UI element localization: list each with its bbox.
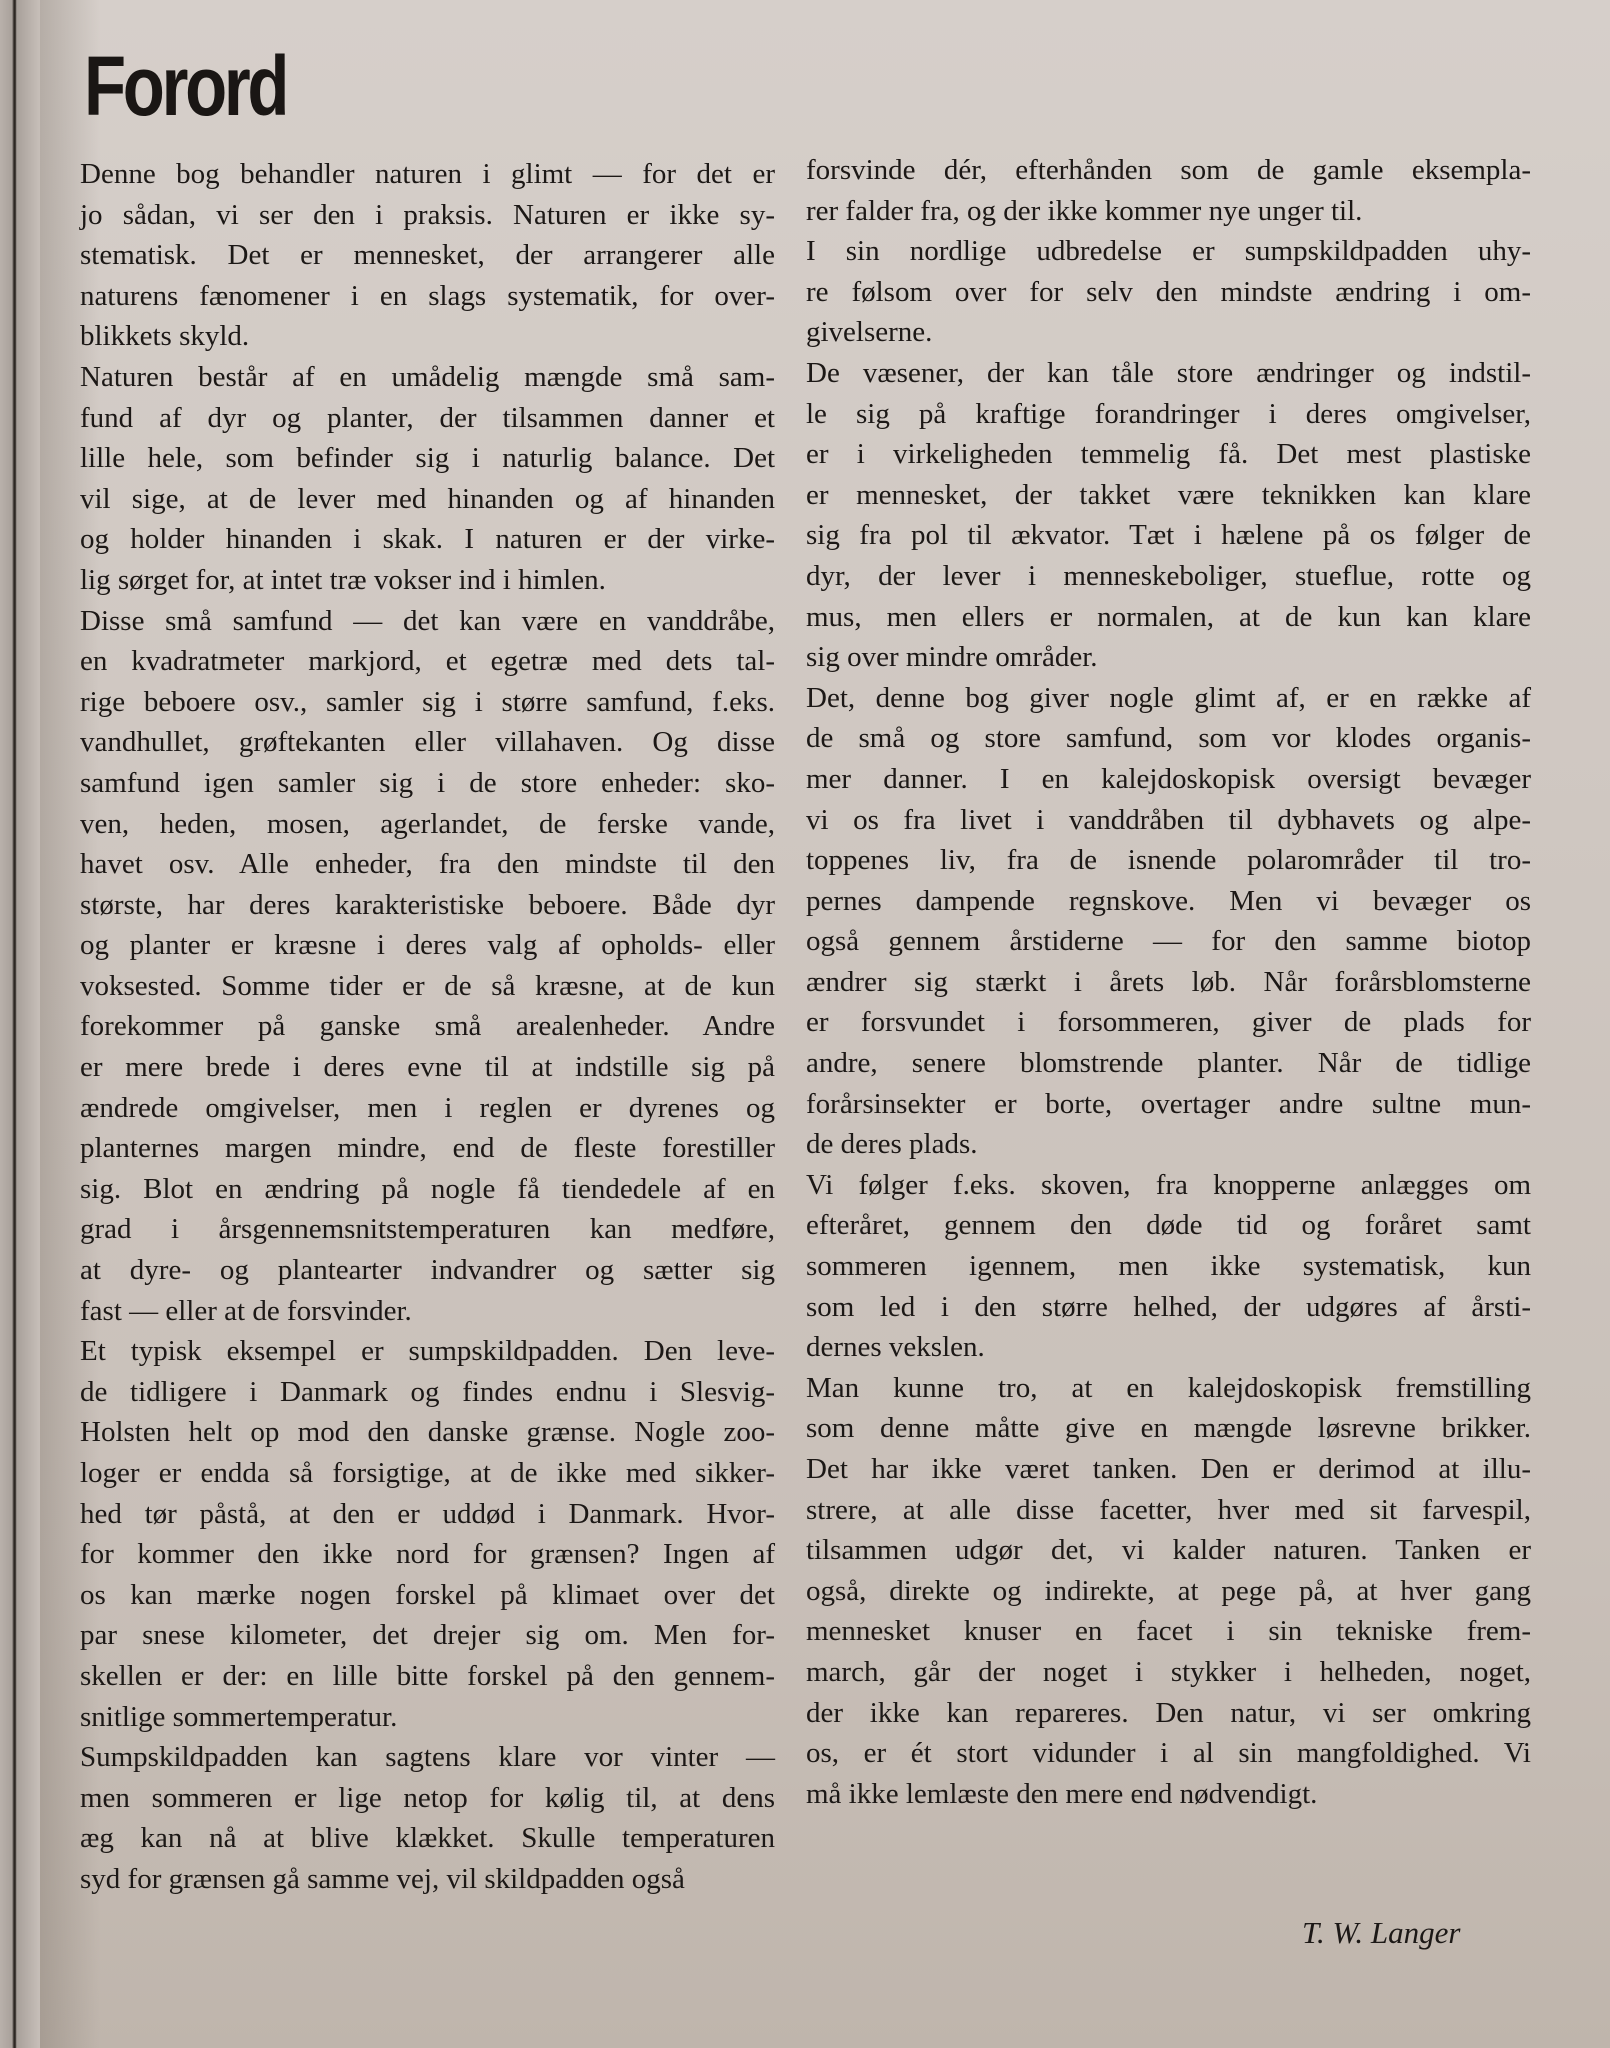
text-line: toppenes liv, fra de isnende polarområde… [806, 840, 1531, 881]
text-line: havet osv. Alle enheder, fra den mindste… [80, 844, 775, 885]
text-line: pernes dampende regnskove. Men vi bevæge… [806, 881, 1531, 922]
text-line: de deres plads. [806, 1124, 1531, 1165]
text-line: loger er endda så forsigtige, at de ikke… [80, 1453, 775, 1494]
text-line: at dyre- og plantearter indvandrer og sæ… [80, 1250, 775, 1291]
text-line: fast — eller at de forsvinder. [80, 1291, 775, 1332]
page-title: Forord [84, 44, 286, 128]
text-line: naturens fænomener i en slags systematik… [80, 276, 775, 317]
text-line: ven, heden, mosen, agerlandet, de ferske… [80, 804, 775, 845]
text-line: Et typisk eksempel er sumpskildpadden. D… [80, 1331, 775, 1372]
text-line: rige beboere osv., samler sig i større s… [80, 682, 775, 723]
text-line: sig over mindre områder. [806, 637, 1531, 678]
text-line: skellen er der: en lille bitte forskel p… [80, 1656, 775, 1697]
text-line: også gennem årstiderne — for den samme b… [806, 921, 1531, 962]
author-signature: T. W. Langer [1302, 1915, 1460, 1951]
text-line: givelserne. [806, 312, 1531, 353]
text-line: re følsom over for selv den mindste ændr… [806, 272, 1531, 313]
text-line: Denne bog behandler naturen i glimt — fo… [80, 154, 775, 195]
text-line: I sin nordlige udbredelse er sumpskildpa… [806, 231, 1531, 272]
text-line: jo sådan, vi ser den i praksis. Naturen … [80, 195, 775, 236]
text-line: de tidligere i Danmark og findes endnu i… [80, 1372, 775, 1413]
text-line: vandhullet, grøftekanten eller villahave… [80, 722, 775, 763]
text-line: voksested. Somme tider er de så kræsne, … [80, 966, 775, 1007]
book-spine-edge [0, 0, 40, 2048]
text-line: lig sørget for, at intet træ vokser ind … [80, 560, 775, 601]
text-line: vil sige, at de lever med hinanden og af… [80, 479, 775, 520]
text-line: og planter er kræsne i deres valg af oph… [80, 925, 775, 966]
text-line: også, direkte og indirekte, at pege på, … [806, 1571, 1531, 1612]
text-line: Holsten helt op mod den danske grænse. N… [80, 1412, 775, 1453]
text-line: sommeren igennem, men ikke systematisk, … [806, 1246, 1531, 1287]
text-line: en kvadratmeter markjord, et egetræ med … [80, 641, 775, 682]
text-line: samfund igen samler sig i de store enhed… [80, 763, 775, 804]
text-line: fund af dyr og planter, der tilsammen da… [80, 398, 775, 439]
text-line: march, går der noget i stykker i helhede… [806, 1652, 1531, 1693]
text-line: lille hele, som befinder sig i naturlig … [80, 438, 775, 479]
text-line: grad i årsgennemsnitstemperaturen kan me… [80, 1209, 775, 1250]
text-line: hed tør påstå, at den er uddød i Danmark… [80, 1494, 775, 1535]
text-line: dyr, der lever i menneskeboliger, stuefl… [806, 556, 1531, 597]
text-line: må ikke lemlæste den mere end nødvendigt… [806, 1774, 1531, 1815]
text-line: Man kunne tro, at en kalejdoskopisk frem… [806, 1368, 1531, 1409]
text-line: De væsener, der kan tåle store ændringer… [806, 353, 1531, 394]
text-line: strere, at alle disse facetter, hver med… [806, 1490, 1531, 1531]
text-line: ændrer sig stærkt i årets løb. Når forår… [806, 962, 1531, 1003]
text-line: der ikke kan repareres. Den natur, vi se… [806, 1693, 1531, 1734]
text-line: største, har deres karakteristiske beboe… [80, 885, 775, 926]
text-line: forsvinde dér, efterhånden som de gamle … [806, 150, 1531, 191]
text-line: Disse små samfund — det kan være en vand… [80, 601, 775, 642]
text-line: os kan mærke nogen forskel på klimaet ov… [80, 1575, 775, 1616]
text-line: tilsammen udgør det, vi kalder naturen. … [806, 1530, 1531, 1571]
text-line: æg kan nå at blive klækket. Skulle tempe… [80, 1818, 775, 1859]
text-line: blikkets skyld. [80, 316, 775, 357]
text-line: Det har ikke været tanken. Den er derimo… [806, 1449, 1531, 1490]
text-line: par snese kilometer, det drejer sig om. … [80, 1615, 775, 1656]
left-text-column: Denne bog behandler naturen i glimt — fo… [80, 154, 775, 1900]
text-line: forekommer på ganske små arealenheder. A… [80, 1006, 775, 1047]
text-line: og holder hinanden i skak. I naturen er … [80, 519, 775, 560]
text-line: os, er ét stort vidunder i al sin mangfo… [806, 1733, 1531, 1774]
text-line: sig. Blot en ændring på nogle få tiended… [80, 1169, 775, 1210]
text-line: Sumpskildpadden kan sagtens klare vor vi… [80, 1737, 775, 1778]
text-line: dernes vekslen. [806, 1327, 1531, 1368]
text-line: er mennesket, der takket være teknikken … [806, 475, 1531, 516]
text-line: le sig på kraftige forandringer i deres … [806, 394, 1531, 435]
text-line: er mere brede i deres evne til at indsti… [80, 1047, 775, 1088]
text-line: Det, denne bog giver nogle glimt af, er … [806, 678, 1531, 719]
text-line: for kommer den ikke nord for grænsen? In… [80, 1534, 775, 1575]
text-line: forårsinsekter er borte, overtager andre… [806, 1084, 1531, 1125]
text-line: snitlige sommertemperatur. [80, 1697, 775, 1738]
text-line: planternes margen mindre, end de fleste … [80, 1128, 775, 1169]
text-line: vi os fra livet i vanddråben til dybhave… [806, 800, 1531, 841]
text-line: mer danner. I en kalejdoskopisk oversigt… [806, 759, 1531, 800]
text-line: Vi følger f.eks. skoven, fra knopperne a… [806, 1165, 1531, 1206]
text-line: stematisk. Det er mennesket, der arrange… [80, 235, 775, 276]
text-line: Naturen består af en umådelig mængde små… [80, 357, 775, 398]
text-line: efteråret, gennem den døde tid og foråre… [806, 1205, 1531, 1246]
text-line: som denne måtte give en mængde løsrevne … [806, 1408, 1531, 1449]
text-line: men sommeren er lige netop for kølig til… [80, 1778, 775, 1819]
text-line: syd for grænsen gå samme vej, vil skildp… [80, 1859, 775, 1900]
text-line: mus, men ellers er normalen, at de kun k… [806, 597, 1531, 638]
text-line: ændrede omgivelser, men i reglen er dyre… [80, 1088, 775, 1129]
text-line: andre, senere blomstrende planter. Når d… [806, 1043, 1531, 1084]
text-line: sig fra pol til ækvator. Tæt i hælene på… [806, 515, 1531, 556]
text-line: er forsvundet i forsommeren, giver de pl… [806, 1002, 1531, 1043]
right-text-column: forsvinde dér, efterhånden som de gamle … [806, 150, 1531, 1814]
text-line: er i virkeligheden temmelig få. Det mest… [806, 434, 1531, 475]
text-line: de små og store samfund, som vor klodes … [806, 718, 1531, 759]
text-line: mennesket knuser en facet i sin tekniske… [806, 1611, 1531, 1652]
text-line: som led i den større helhed, der udgøres… [806, 1287, 1531, 1328]
text-line: rer falder fra, og der ikke kommer nye u… [806, 191, 1531, 232]
